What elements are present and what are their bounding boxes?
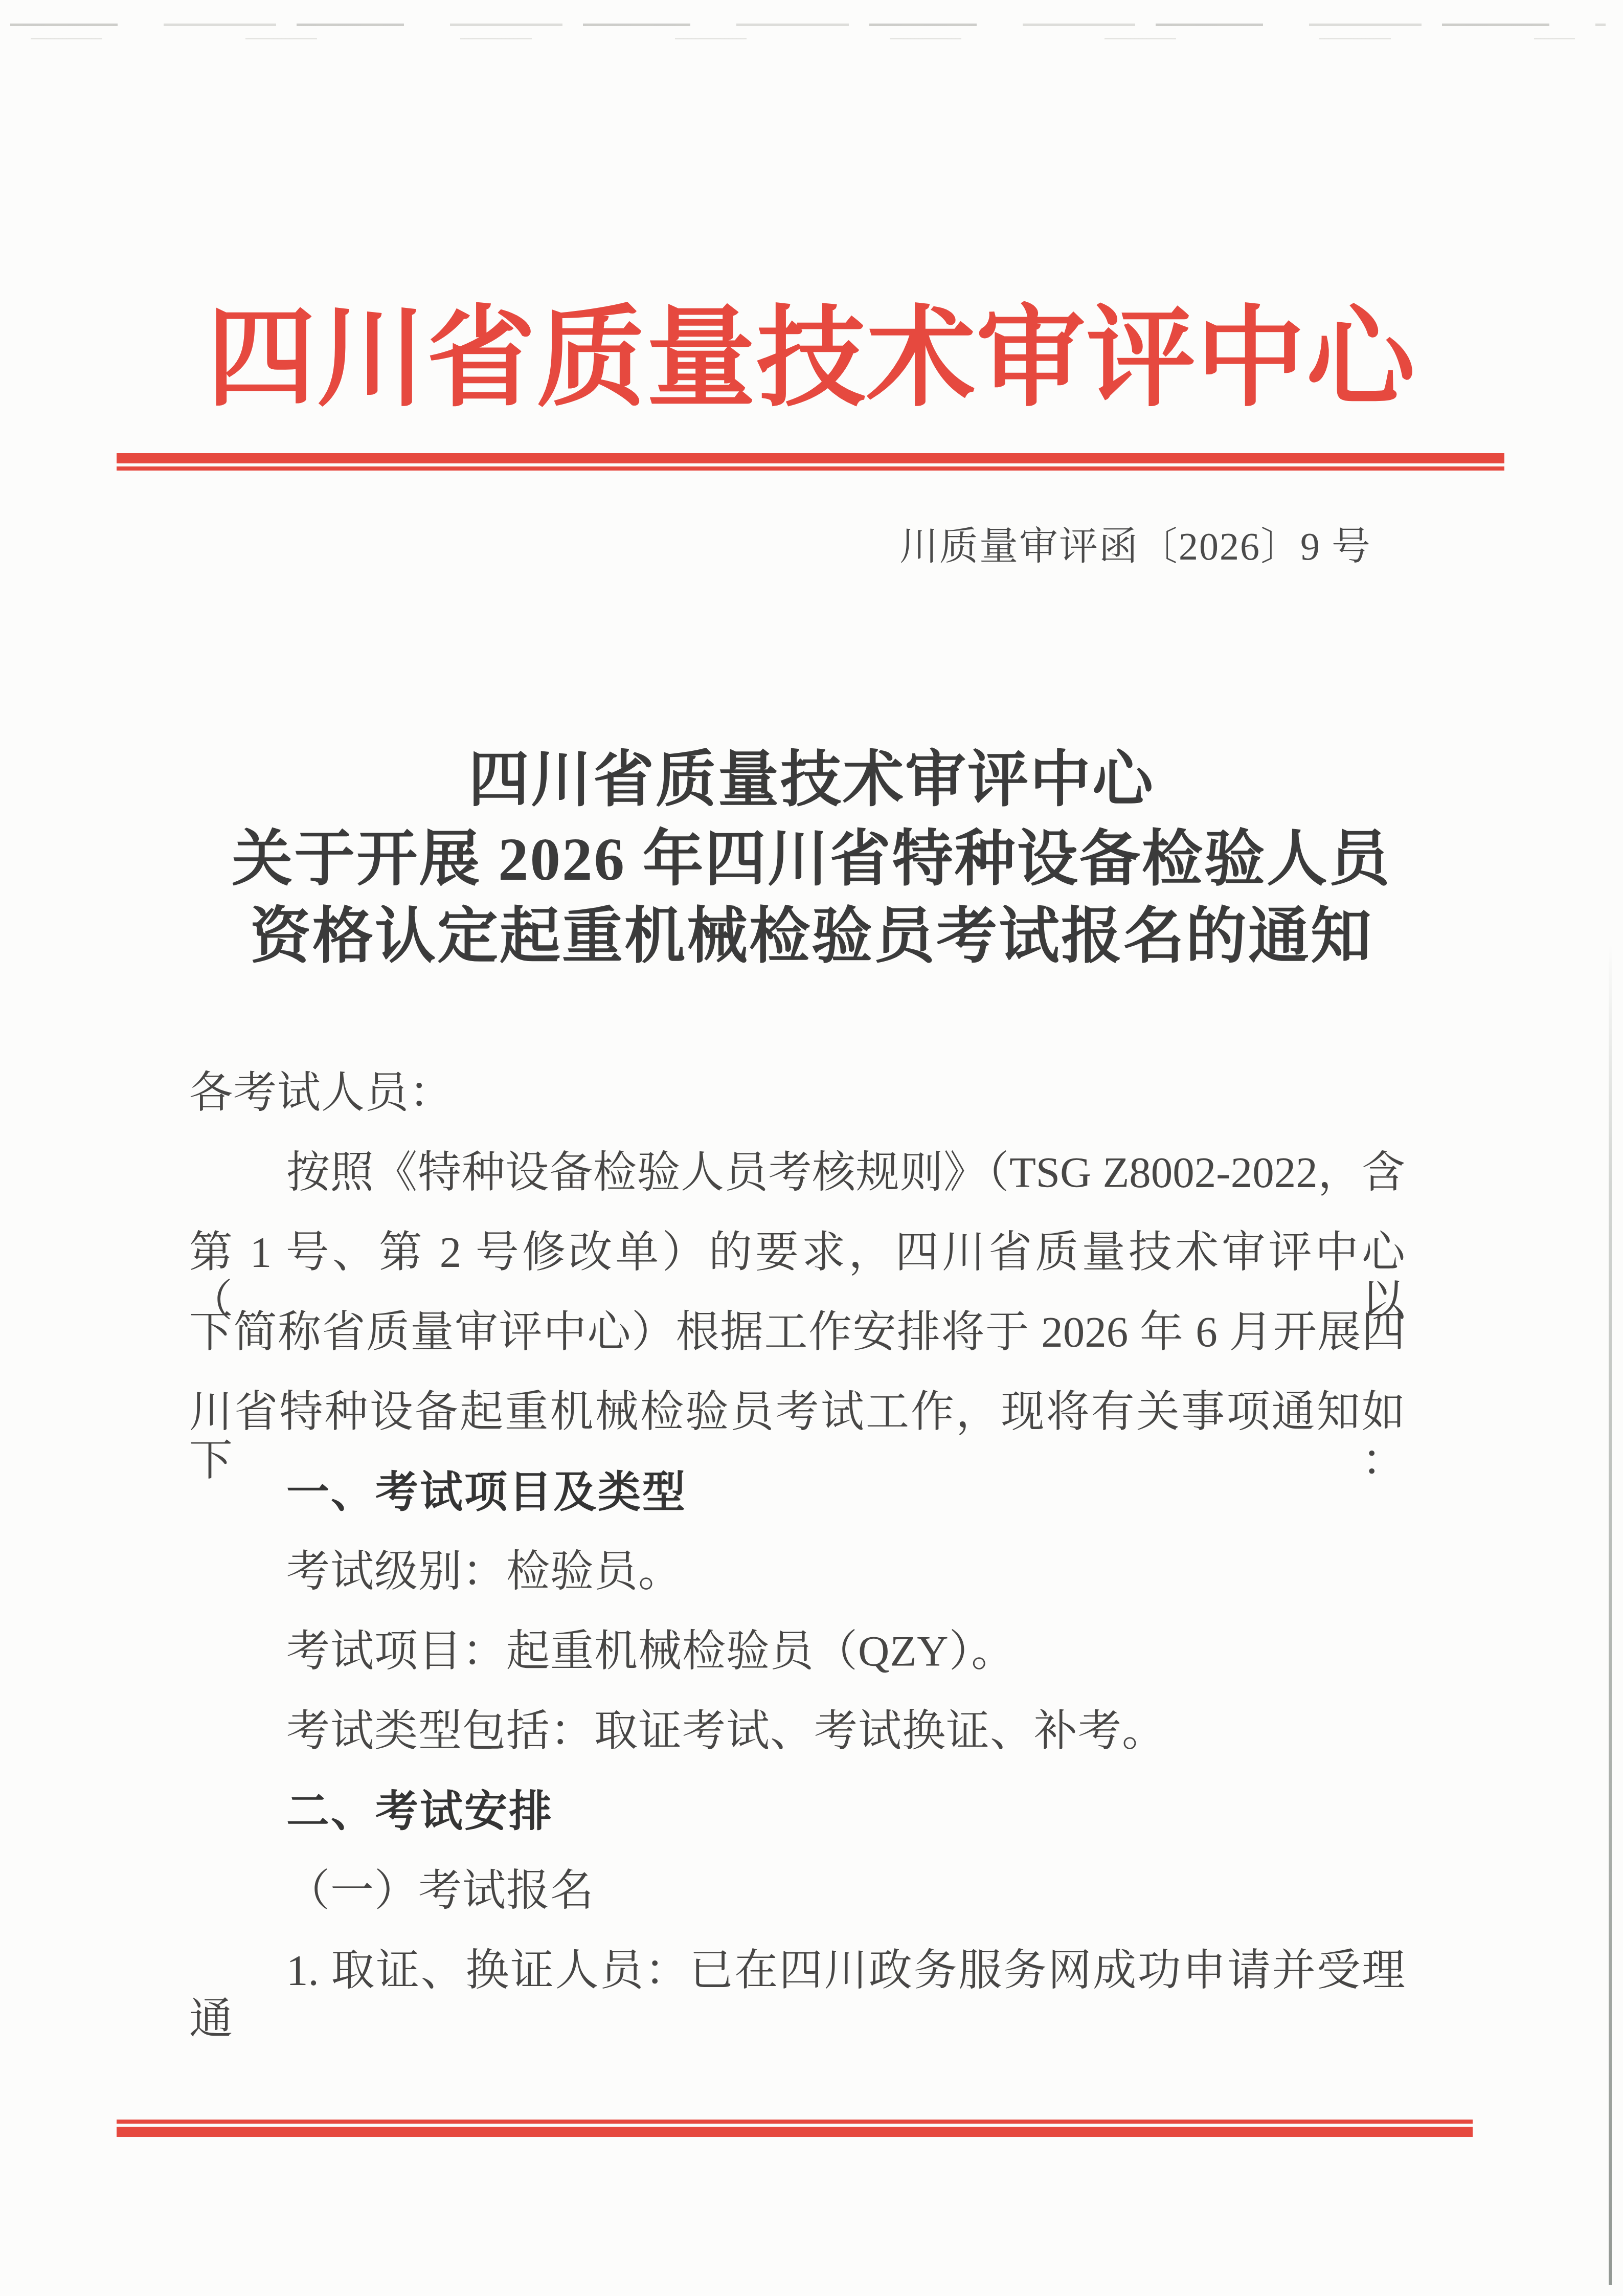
scan-edge-top-artifact2 (31, 38, 1575, 39)
exam-level-item: 考试级别：检验员。 (189, 1548, 1405, 1596)
paragraph-line: 按照《特种设备检验人员考核规则》（TSG Z8002-2022，含 (189, 1149, 1405, 1197)
notice-title-line2: 关于开展 2026 年四川省特种设备检验人员 (0, 826, 1623, 893)
exam-type-item: 考试类型包括：取证考试、考试换证、补考。 (189, 1707, 1405, 1756)
salutation: 各考试人员： (189, 1069, 1405, 1118)
numbered-item-line: 1. 取证、换证人员：已在四川政务服务网成功申请并受理通 (189, 1947, 1405, 2044)
notice-title-line3: 资格认定起重机械检验员考试报名的通知 (0, 903, 1623, 970)
rule-thick-bar (117, 2127, 1473, 2137)
exam-project-item: 考试项目：起重机械检验员（QZY）。 (189, 1628, 1405, 1676)
section-2-sub-heading: （一）考试报名 (189, 1867, 1405, 1915)
footer-double-rule (117, 2120, 1473, 2137)
document-reference-number: 川质量审评函〔2026〕9 号 (899, 526, 1371, 569)
notice-title-line1: 四川省质量技术审评中心 (0, 747, 1623, 814)
scan-edge-right-artifact (1609, 941, 1612, 2285)
section-2-heading: 二、考试安排 (189, 1787, 1405, 1835)
paragraph-line: 下简称省质量审评中心）根据工作安排将于 2026 年 6 月开展四 (189, 1308, 1405, 1357)
rule-thin-bar (117, 466, 1504, 471)
scanned-document-page: 四川省质量技术审评中心 川质量审评函〔2026〕9 号 四川省质量技术审评中心 … (0, 0, 1623, 2296)
rule-thin-bar (117, 2120, 1473, 2124)
rule-thick-bar (117, 453, 1504, 463)
section-1-heading: 一、考试项目及类型 (189, 1468, 1405, 1516)
scan-edge-top-artifact (10, 24, 1606, 26)
letterhead-org-title: 四川省质量技术审评中心 (0, 299, 1623, 419)
letterhead-double-rule (117, 453, 1504, 471)
